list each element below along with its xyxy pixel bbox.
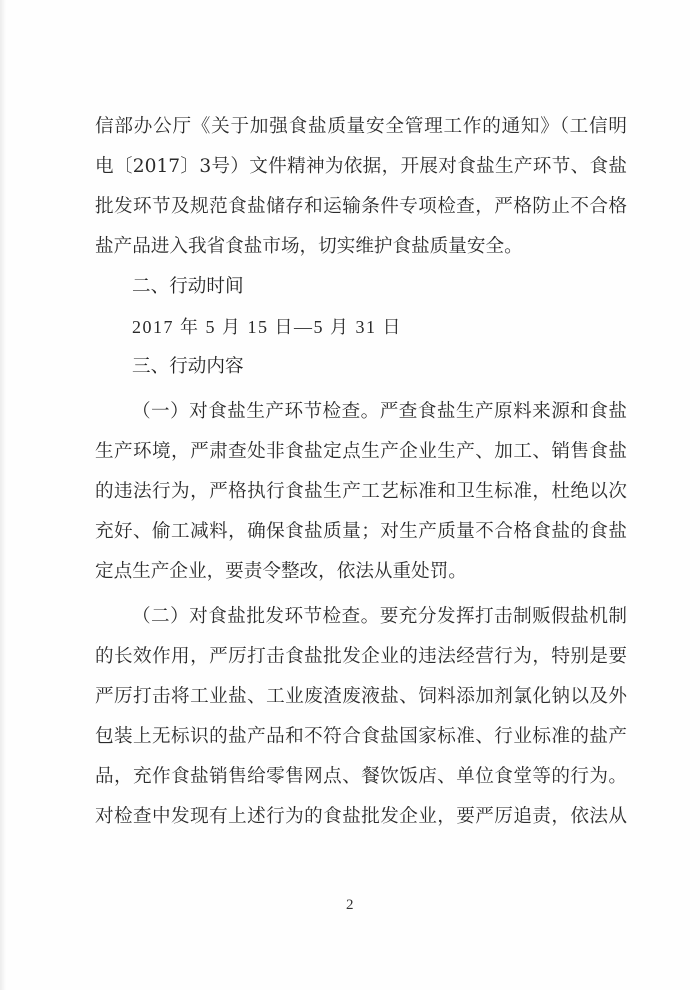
document-page: 信部办公厅《关于加强食盐质量安全管理工作的通知》（工信明 电〔2017〕3号）文…	[0, 0, 700, 990]
section-heading-action-content: 三、行动内容	[132, 355, 244, 379]
item-2-line-2: 的长效作用，严厉打击食盐批发企业的违法经营行为，特别是要	[95, 645, 627, 669]
item-2-line-4: 包装上无标识的盐产品和不符合食盐国家标准、行业标准的盐产	[95, 725, 627, 749]
item-2-line-6: 对检查中发现有上述行为的食盐批发企业，要严厉追责，依法从	[95, 805, 627, 829]
paragraph-intro-line-3: 批发环节及规范食盐储存和运输条件专项检查，严格防止不合格	[95, 195, 627, 219]
item-1-line-3: 的违法行为，严格执行食盐生产工艺标准和卫生标准，杜绝以次	[95, 480, 627, 504]
item-2-line-3: 严厉打击将工业盐、工业废渣废液盐、饲料添加剂氯化钠以及外	[95, 685, 627, 709]
item-1-line-2: 生产环境，严肃查处非食盐定点生产企业生产、加工、销售食盐	[95, 440, 627, 464]
item-1-line-5: 定点生产企业，要责令整改，依法从重处罚。	[95, 560, 627, 584]
section-heading-action-time: 二、行动时间	[132, 275, 244, 299]
scan-edge-shadow	[0, 0, 6, 990]
page-number: 2	[346, 896, 354, 914]
paragraph-intro-line-4: 盐产品进入我省食盐市场，切实维护食盐质量安全。	[95, 235, 627, 259]
item-2-line-5: 品，充作食盐销售给零售网点、餐饮饭店、单位食堂等的行为。	[95, 765, 627, 789]
paragraph-intro-line-2: 电〔2017〕3号）文件精神为依据，开展对食盐生产环节、食盐	[95, 155, 627, 179]
action-date-range: 2017 年 5 月 15 日—5 月 31 日	[132, 315, 402, 339]
item-2-line-1: （二）对食盐批发环节检查。要充分发挥打击制贩假盐机制	[132, 605, 627, 629]
item-1-line-1: （一）对食盐生产环节检查。严查食盐生产原料来源和食盐	[132, 400, 627, 424]
paragraph-intro-line-1: 信部办公厅《关于加强食盐质量安全管理工作的通知》（工信明	[95, 115, 627, 139]
item-1-line-4: 充好、偷工减料，确保食盐质量；对生产质量不合格食盐的食盐	[95, 520, 627, 544]
